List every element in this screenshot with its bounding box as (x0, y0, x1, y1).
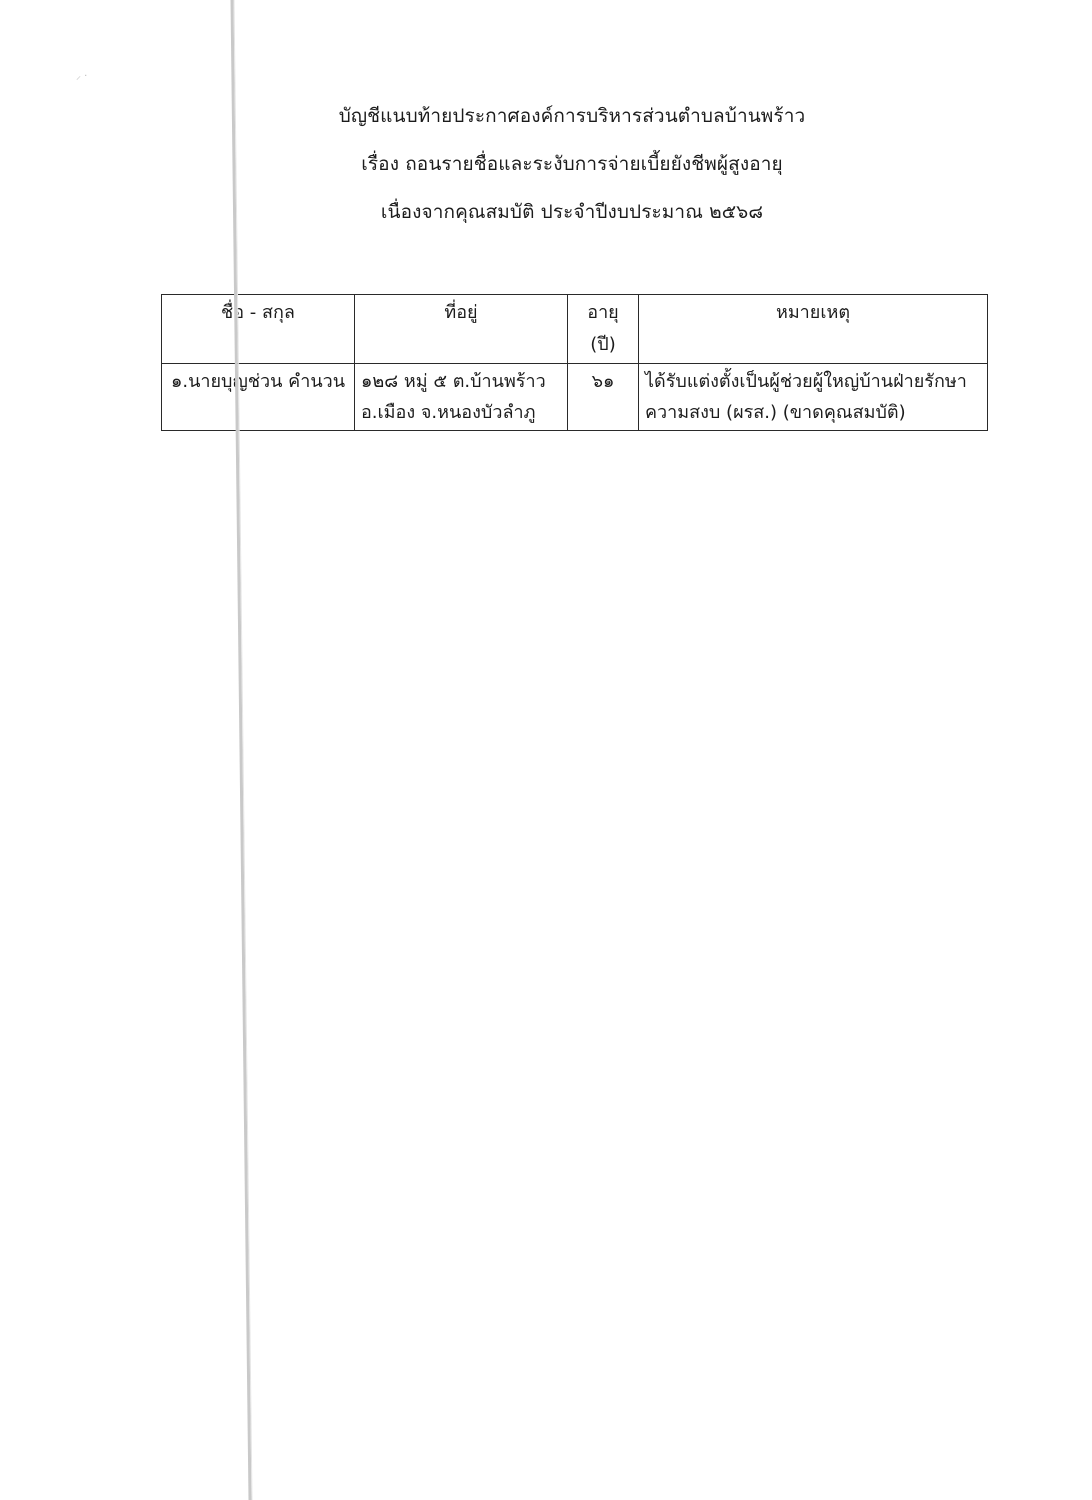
cell-age: ๖๑ (568, 364, 639, 431)
table-header-row: ชื่อ - สกุล ที่อยู่ อายุ (ปี) หมายเหตุ (162, 295, 988, 364)
cell-name: ๑.นายบุญช่วน คำนวน (162, 364, 355, 431)
cell-address: ๑๒๘ หมู่ ๕ ต.บ้านพร้าว อ.เมือง จ.หนองบัว… (355, 364, 568, 431)
document-title-block: บัญชีแนบท้ายประกาศองค์การบริหารส่วนตำบลบ… (0, 92, 1092, 236)
title-line-2: เรื่อง ถอนรายชื่อและระงับการจ่ายเบี้ยยัง… (0, 140, 1092, 188)
header-address: ที่อยู่ (355, 295, 568, 364)
cell-remark-line2: ความสงบ (ผรส.) (ขาดคุณสมบัติ) (645, 397, 981, 428)
header-remark: หมายเหตุ (639, 295, 988, 364)
header-name: ชื่อ - สกุล (162, 295, 355, 364)
scan-artifact-marks: ⸝ · (76, 68, 87, 82)
cell-address-line2: อ.เมือง จ.หนองบัวลำภู (361, 397, 561, 428)
header-age-line1: อายุ (574, 297, 632, 329)
withdrawal-list-table: ชื่อ - สกุล ที่อยู่ อายุ (ปี) หมายเหตุ ๑… (161, 294, 988, 431)
header-age-line2: (ปี) (574, 329, 632, 361)
cell-remark: ได้รับแต่งตั้งเป็นผู้ช่วยผู้ใหญ่บ้านฝ่าย… (639, 364, 988, 431)
title-line-3: เนื่องจากคุณสมบัติ ประจำปีงบประมาณ ๒๕๖๘ (0, 188, 1092, 236)
header-age: อายุ (ปี) (568, 295, 639, 364)
cell-address-line1: ๑๒๘ หมู่ ๕ ต.บ้านพร้าว (361, 366, 561, 397)
cell-remark-line1: ได้รับแต่งตั้งเป็นผู้ช่วยผู้ใหญ่บ้านฝ่าย… (645, 366, 981, 397)
table-row: ๑.นายบุญช่วน คำนวน ๑๒๘ หมู่ ๕ ต.บ้านพร้า… (162, 364, 988, 431)
title-line-1: บัญชีแนบท้ายประกาศองค์การบริหารส่วนตำบลบ… (0, 92, 1092, 140)
